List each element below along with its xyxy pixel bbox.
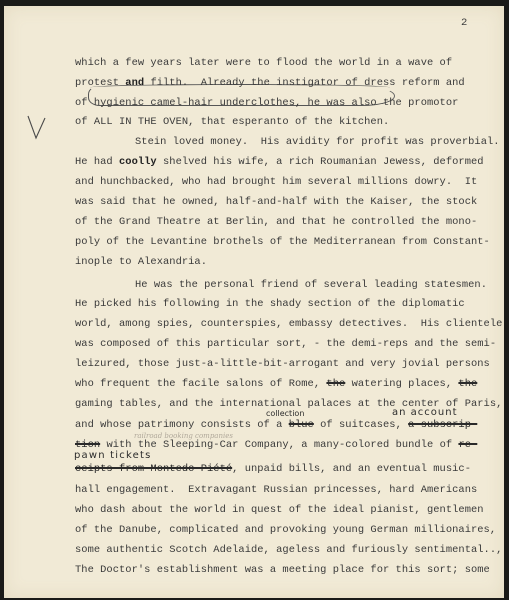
text-line-25: some authentic Scotch Adelaide, ageless … <box>75 544 502 556</box>
text-line-11: inople to Alexandria. <box>75 256 207 268</box>
text-line-21: ceipts from Montedo-Piété, unpaid bills,… <box>75 463 471 475</box>
handwritten-an-account: an account <box>392 407 457 418</box>
bold-word: coolly <box>119 156 157 168</box>
text-line-22: hall engagement. Extravagant Russian pri… <box>75 484 477 496</box>
page-number: 2 <box>461 17 467 29</box>
text-segment: shelved his wife, a rich Roumanian Jewes… <box>157 156 484 168</box>
text-line-14: world, among spies, counterspies, embass… <box>75 318 502 330</box>
text-line-16: leizured, those just-a-little-bit-arroga… <box>75 358 490 370</box>
text-line-5: Stein loved money. His avidity for profi… <box>135 136 500 148</box>
struck-word: re- <box>458 439 477 451</box>
text-segment: and whose patrimony consists of a <box>75 419 289 431</box>
text-line-6: He had coolly shelved his wife, a rich R… <box>75 156 484 168</box>
struck-phrase: a subscrip- <box>408 419 477 431</box>
handwritten-collection: collection <box>266 409 304 418</box>
text-segment: watering places, <box>345 378 458 390</box>
text-line-26: The Doctor's establishment was a meeting… <box>75 564 490 576</box>
typescript-page: 2 which a few years later were to flood … <box>4 6 504 598</box>
margin-check-mark-icon <box>26 114 48 142</box>
text-line-2: protest and filth. Already the instigato… <box>75 77 465 89</box>
text-line-12: He was the personal friend of several le… <box>135 279 487 291</box>
text-segment: who frequent the facile salons of Rome, <box>75 378 326 390</box>
struck-word: the <box>326 378 345 390</box>
text-line-13: He picked his following in the shady sec… <box>75 298 465 310</box>
corrected-word: and <box>125 77 144 89</box>
circled-phrase: ALL IN THE OVEN, that esperanto of the k… <box>94 116 389 128</box>
struck-word: blue <box>289 419 314 431</box>
text-segment: protest <box>75 77 125 89</box>
struck-word: the <box>458 378 477 390</box>
text-line-1: which a few years later were to flood th… <box>75 57 452 69</box>
text-segment: of <box>75 116 94 128</box>
text-segment: filth. Already the instigator of dress r… <box>144 77 465 89</box>
struck-phrase: ceipts from Montedo-Piété <box>75 463 232 475</box>
text-segment: of suitcases, <box>314 419 408 431</box>
text-line-15: was composed of this particular sort, - … <box>75 338 496 350</box>
text-line-8: was said that he owned, half-and-half wi… <box>75 196 477 208</box>
text-line-7: and hunchbacked, who had brought him sev… <box>75 176 477 188</box>
text-segment: He had <box>75 156 119 168</box>
text-line-17: who frequent the facile salons of Rome, … <box>75 378 477 390</box>
text-line-10: poly of the Levantine brothels of the Me… <box>75 236 490 248</box>
text-line-24: of the Danube, complicated and provoking… <box>75 524 496 536</box>
text-line-23: who dash about the world in quest of the… <box>75 504 484 516</box>
text-line-19: and whose patrimony consists of a blue o… <box>75 419 477 431</box>
text-segment: with the Sleeping-Car Company, a many-co… <box>100 439 458 451</box>
text-line-3: of hygienic camel-hair underclothes, he … <box>75 97 458 109</box>
text-segment: , unpaid bills, and an eventual music- <box>232 463 471 475</box>
text-line-4: of ALL IN THE OVEN, that esperanto of th… <box>75 116 389 128</box>
handwritten-pawn-tickets: pawn tickets <box>74 450 152 461</box>
text-line-9: of the Grand Theatre at Berlin, and that… <box>75 216 477 228</box>
